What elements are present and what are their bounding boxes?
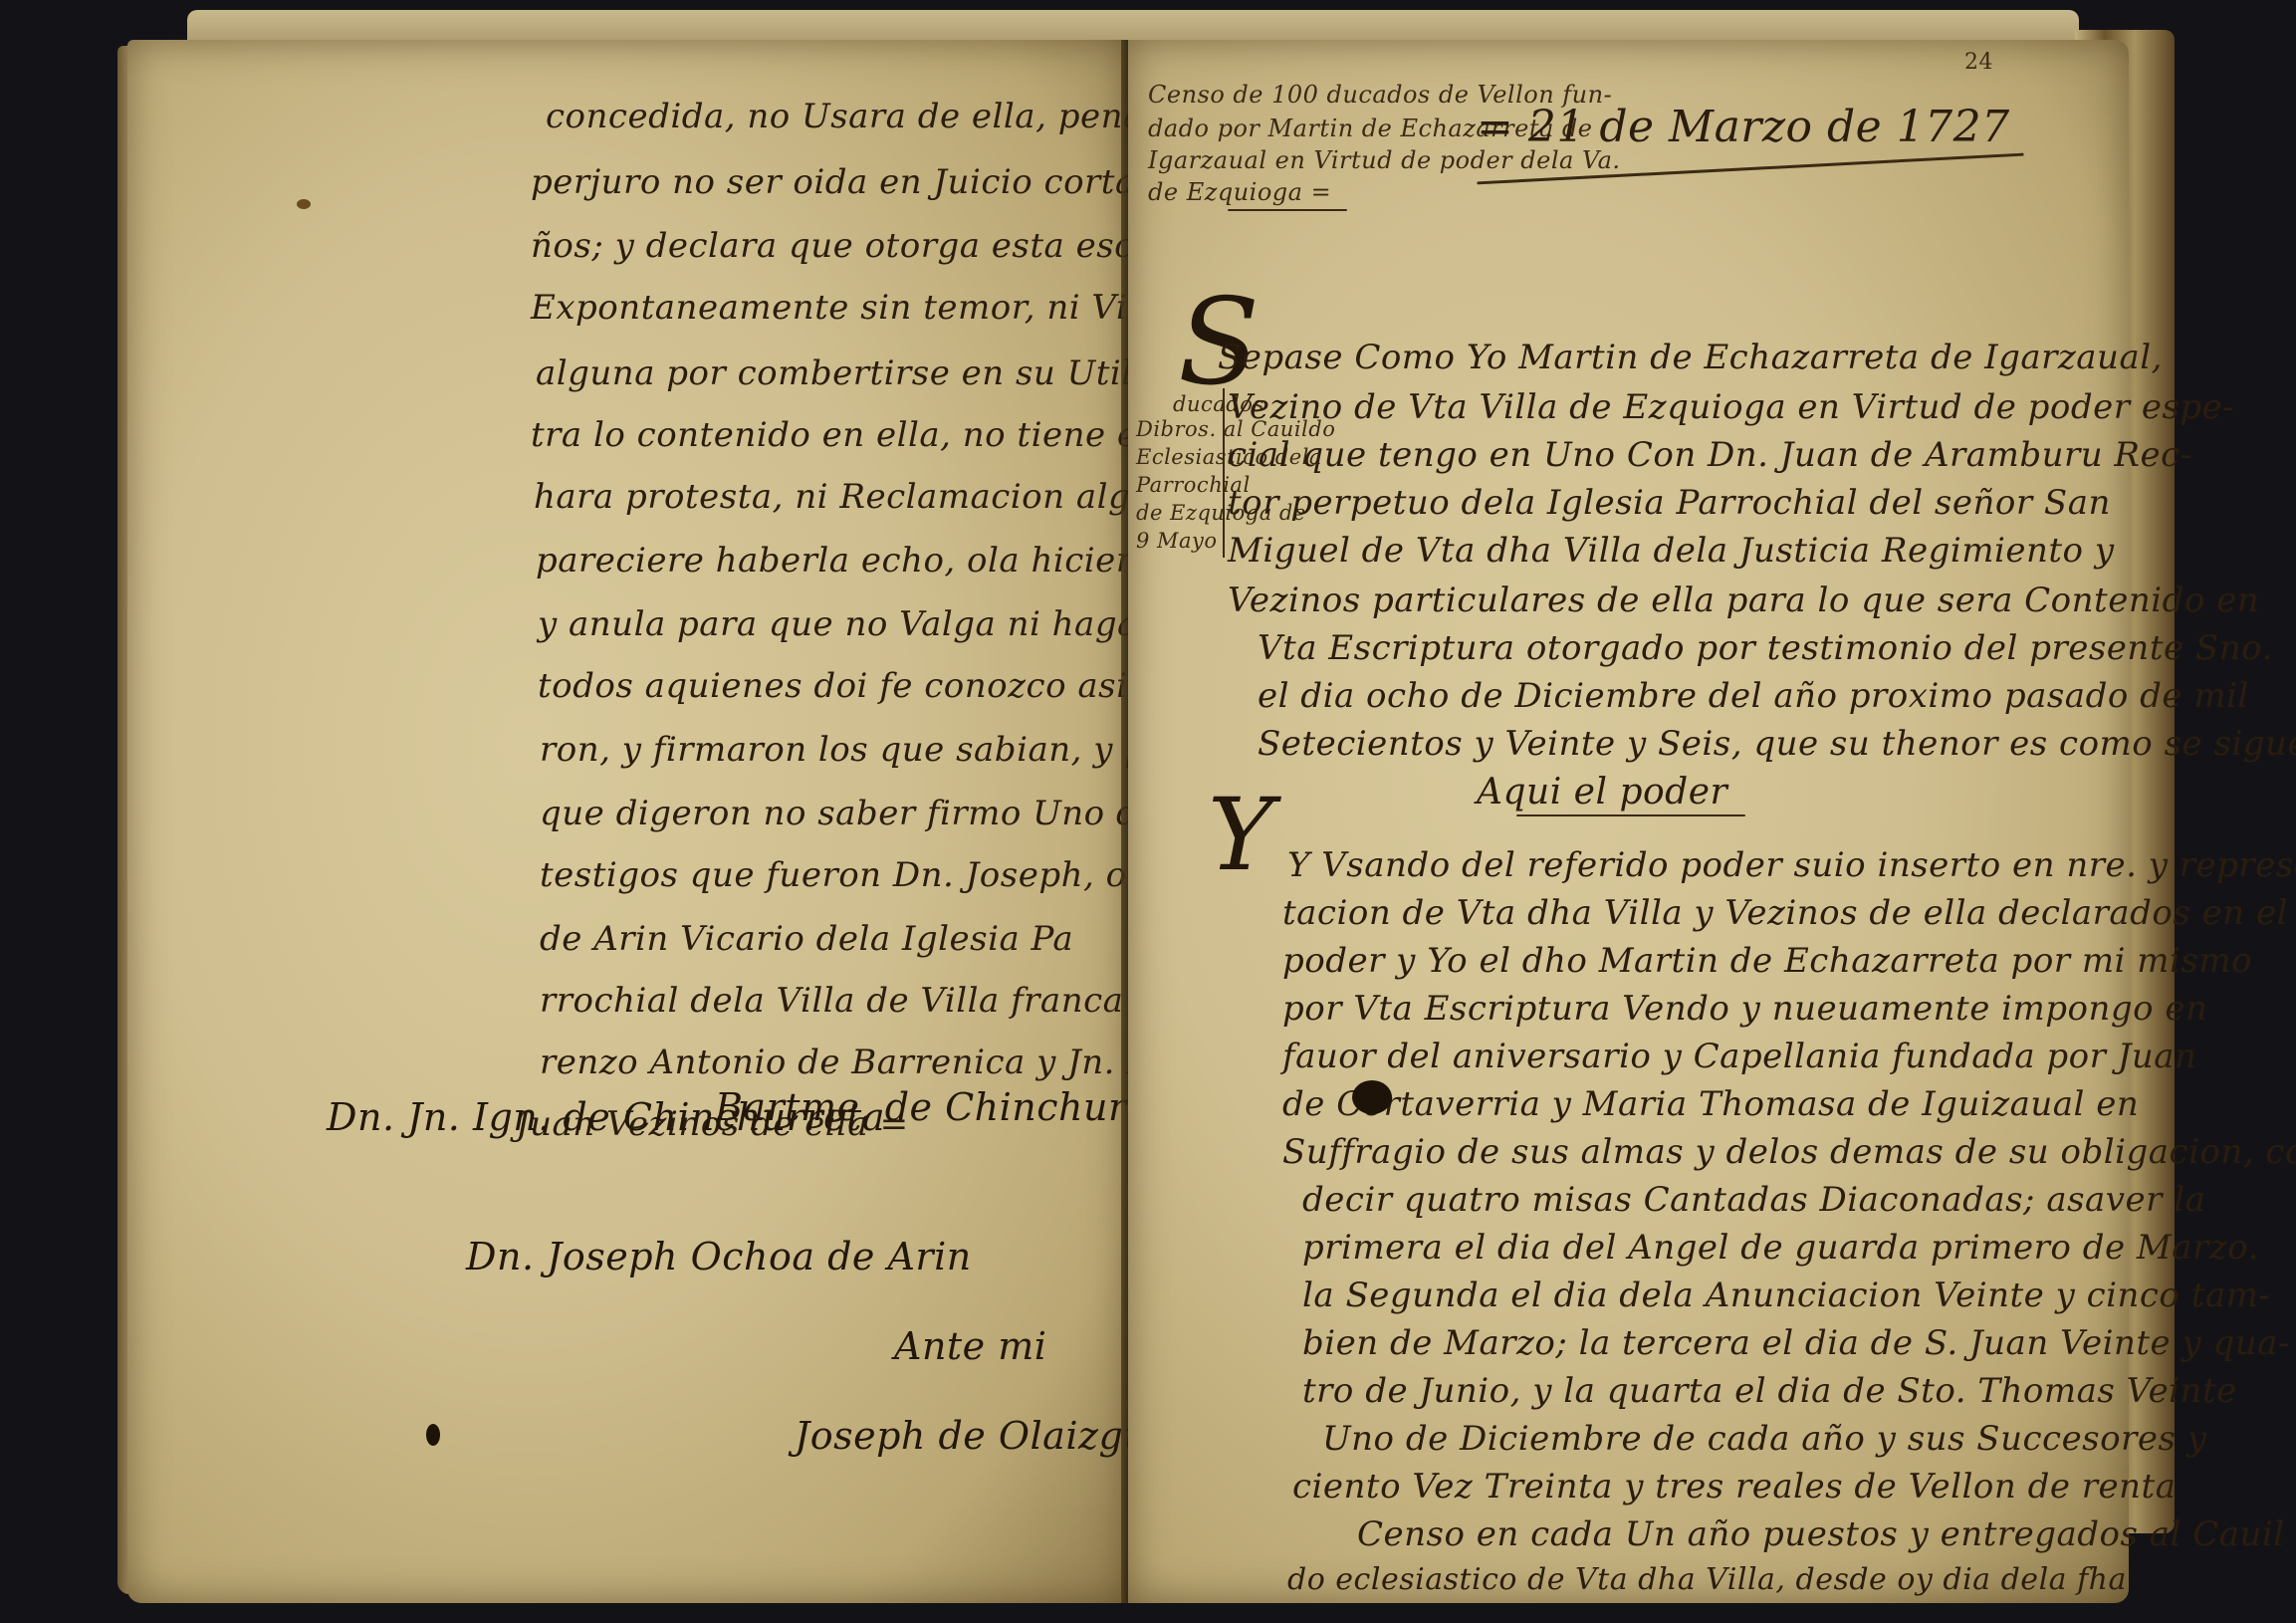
text-line: de Arin Vicario dela Iglesia Pa xyxy=(540,922,1073,956)
text-line: decir quatro misas Cantadas Diaconadas; … xyxy=(1302,1183,2205,1217)
text-line: Uno de Diciembre de cada año y sus Succe… xyxy=(1322,1422,2206,1456)
ink-blot xyxy=(1352,1080,1392,1114)
text-line: Sepase Como Yo Martin de Echazarreta de … xyxy=(1218,341,2163,374)
text-line: Vezinos particulares de ella para lo que… xyxy=(1228,583,2259,617)
text-line: ciento Vez Treinta y tres reales de Vell… xyxy=(1292,1470,2177,1504)
text-line: por Vta Escriptura Vendo y nueuamente im… xyxy=(1282,992,2207,1026)
text-line: renzo Antonio de Barrenica y Jn. Bap xyxy=(540,1045,1195,1079)
decorative-initial-y: Y xyxy=(1208,777,1274,893)
text-line: la Segunda el dia dela Anunciacion Veint… xyxy=(1302,1278,2270,1312)
text-line: poder y Yo el dho Martin de Echazarreta … xyxy=(1282,944,2252,978)
text-line: Vezino de Vta Villa de Ezquioga en Virtu… xyxy=(1228,390,2234,424)
side-note-bracket xyxy=(1223,388,1225,558)
left-page: concedida, no Usara de ella, pena de per… xyxy=(127,40,1128,1603)
text-line: Y Vsando del referido poder suio inserto… xyxy=(1287,848,2296,882)
text-line: Vta Escriptura otorgado por testimonio d… xyxy=(1258,631,2273,665)
margin-heading-line: de Ezquioga = xyxy=(1148,179,1331,205)
text-line: cial que tengo en Uno Con Dn. Juan de Ar… xyxy=(1228,438,2192,472)
text-line: de Cortaverria y Maria Thomasa de Iguiza… xyxy=(1282,1087,2139,1121)
right-page: 24 Censo de 100 ducados de Vellon fun- d… xyxy=(1128,40,2129,1603)
text-line: testigos que fueron Dn. Joseph, ochoa xyxy=(540,858,1210,892)
text-line: do eclesiastico de Vta dha Villa, desde … xyxy=(1287,1565,2127,1595)
heading-underline xyxy=(1228,209,1347,211)
text-line: Miguel de Vta dha Villa dela Justicia Re… xyxy=(1228,534,2115,568)
manuscript-spread: concedida, no Usara de ella, pena de per… xyxy=(127,10,2169,1615)
text-line: primera el dia del Angel de guarda prime… xyxy=(1302,1231,2259,1265)
ink-stain xyxy=(297,199,311,209)
section-label: Aqui el poder xyxy=(1477,772,1727,812)
text-line: tacion de Vta dha Villa y Vezinos de ell… xyxy=(1282,896,2296,930)
page-number: 24 xyxy=(1964,50,1993,75)
entry-date: = 21 de Marzo de 1727 xyxy=(1477,102,2010,152)
text-line: tro de Junio, y la quarta el dia de Sto.… xyxy=(1302,1374,2237,1408)
text-line: Setecientos y Veinte y Seis, que su then… xyxy=(1258,727,2296,761)
text-line: fauor del aniversario y Capellania funda… xyxy=(1282,1040,2196,1073)
notary-ante-mi: Ante mi xyxy=(894,1324,1046,1368)
text-line: tor perpetuo dela Iglesia Parrochial del… xyxy=(1228,486,2111,520)
signature-ochoa-de-arin: Dn. Joseph Ochoa de Arin xyxy=(466,1235,972,1278)
text-line: Suffragio de sus almas y delos demas de … xyxy=(1282,1135,2296,1169)
text-line: Censo en cada Un año puestos y entregado… xyxy=(1357,1517,2285,1551)
section-label-underline xyxy=(1516,814,1745,816)
side-note-line: 9 Mayo xyxy=(1136,530,1218,553)
text-line: bien de Marzo; la tercera el dia de S. J… xyxy=(1302,1326,2290,1360)
text-line: concedida, no Usara de ella, pena de xyxy=(546,100,1198,133)
text-line: rrochial dela Villa de Villa franca = Lo xyxy=(540,984,1219,1018)
ink-blot xyxy=(426,1424,440,1446)
text-line: el dia ocho de Diciembre del año proximo… xyxy=(1258,679,2249,713)
text-line: que digeron no saber firmo Uno de los xyxy=(540,797,1220,830)
